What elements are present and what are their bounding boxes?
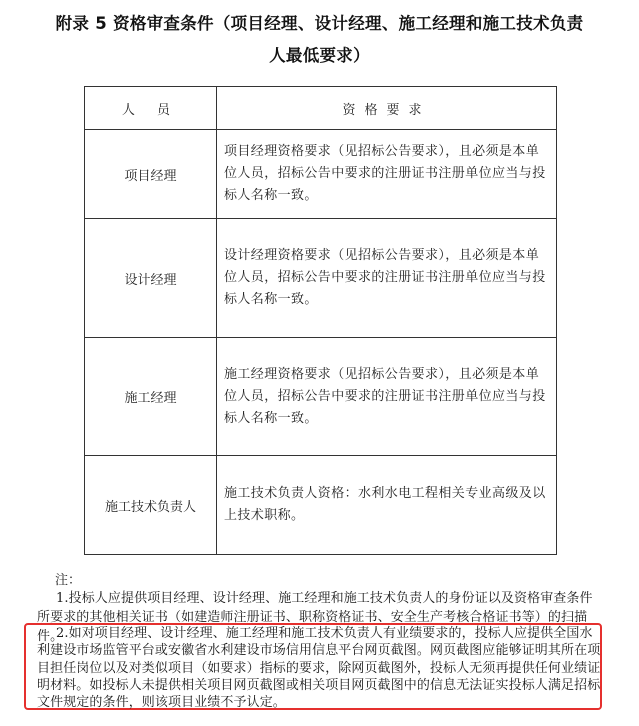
- role-cell: 项目经理: [85, 130, 217, 219]
- header-personnel: 人 员: [85, 87, 217, 130]
- table-row: 施工经理 施工经理资格要求（见招标公告要求），且必须是本单位人员，招标公告中要求…: [85, 338, 557, 456]
- notes-label: 注：: [55, 569, 81, 588]
- table-row: 项目经理 项目经理资格要求（见招标公告要求），且必须是本单位人员，招标公告中要求…: [85, 130, 557, 219]
- page-title-line-1: 附录 5 资格审查条件（项目经理、设计经理、施工经理和施工技术负责: [0, 10, 639, 34]
- role-cell: 施工技术负责人: [85, 456, 217, 555]
- header-requirements: 资格要求: [217, 87, 557, 130]
- role-cell: 施工经理: [85, 338, 217, 456]
- requirement-cell: 施工技术负责人资格：水利水电工程相关专业高级及以上技术职称。: [217, 456, 557, 555]
- table-header-row: 人 员 资格要求: [85, 87, 557, 130]
- requirement-cell: 项目经理资格要求（见招标公告要求），且必须是本单位人员，招标公告中要求的注册证书…: [217, 130, 557, 219]
- table-row: 设计经理 设计经理资格要求（见招标公告要求），且必须是本单位人员，招标公告中要求…: [85, 219, 557, 338]
- role-cell: 设计经理: [85, 219, 217, 338]
- page-title-line-2: 人最低要求）: [0, 42, 639, 66]
- note-item-2: 2.如对项目经理、设计经理、施工经理和施工技术负责人有业绩要求的，投标人应提供全…: [37, 625, 603, 711]
- requirement-cell: 设计经理资格要求（见招标公告要求），且必须是本单位人员，招标公告中要求的注册证书…: [217, 219, 557, 338]
- qualification-table: 人 员 资格要求 项目经理 项目经理资格要求（见招标公告要求），且必须是本单位人…: [84, 86, 557, 555]
- requirement-cell: 施工经理资格要求（见招标公告要求），且必须是本单位人员，招标公告中要求的注册证书…: [217, 338, 557, 456]
- table-row: 施工技术负责人 施工技术负责人资格：水利水电工程相关专业高级及以上技术职称。: [85, 456, 557, 555]
